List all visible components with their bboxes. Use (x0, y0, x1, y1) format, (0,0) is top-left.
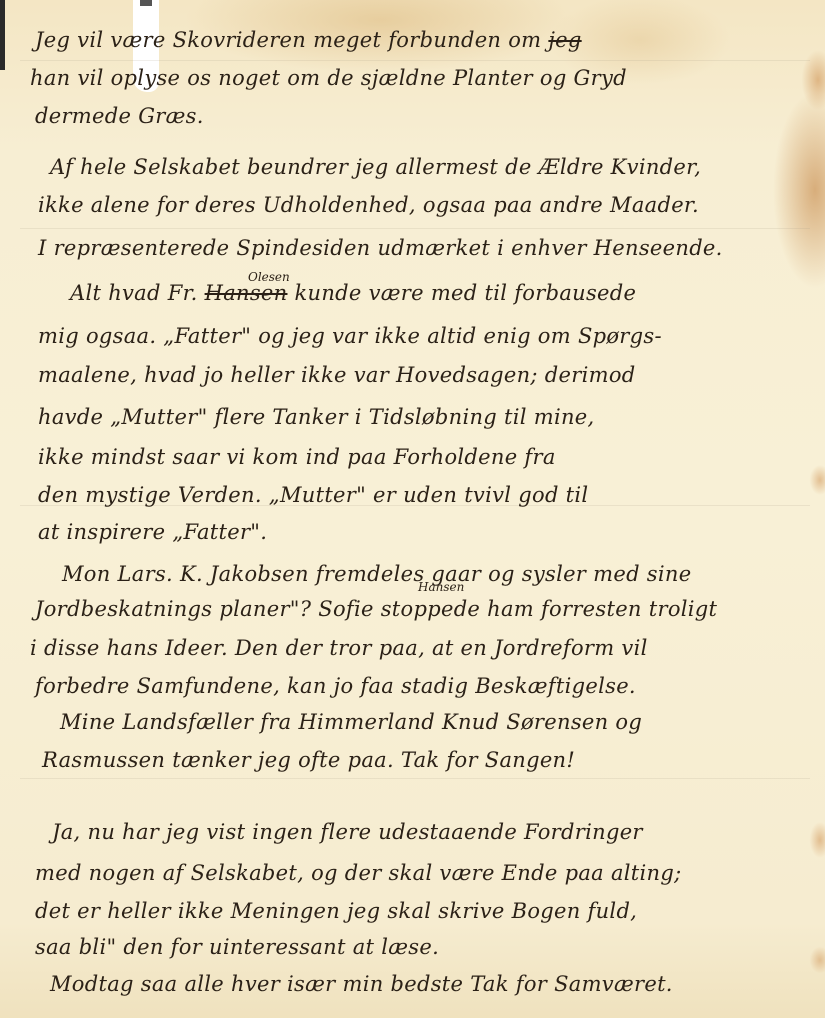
text-line-content: kunde være med til forbausede (294, 281, 636, 305)
text-line: Alt hvad Fr. Hansen kunde være med til f… (70, 281, 636, 305)
text-line: forbedre Samfundene, kan jo faa stadig B… (35, 674, 636, 698)
text-line: Af hele Selskabet beundrer jeg allermest… (50, 155, 701, 179)
text-line: ikke alene for deres Udholdenhed, ogsaa … (38, 193, 699, 217)
text-line: Mon Lars. K. Jakobsen fremdeles gaar og … (62, 562, 691, 586)
ruled-line (20, 60, 810, 61)
struck-word: jeg (548, 28, 581, 52)
text-line: i disse hans Ideer. Den der tror paa, at… (30, 636, 648, 660)
text-line: med nogen af Selskabet, og der skal være… (35, 861, 681, 885)
text-line: den mystige Verden. „Mutter" er uden tvi… (38, 483, 588, 507)
text-line: dermede Græs. (35, 104, 204, 128)
text-line: det er heller ikke Meningen jeg skal skr… (35, 899, 637, 923)
text-line: Jeg vil være Skovrideren meget forbunden… (35, 28, 582, 52)
text-line: I repræsenterede Spindesiden udmærket i … (38, 236, 723, 260)
text-line: at inspirere „Fatter". (38, 520, 267, 544)
text-line: Ja, nu har jeg vist ingen flere udestaae… (52, 820, 643, 844)
text-line: mig ogsaa. „Fatter" og jeg var ikke alti… (38, 324, 662, 348)
ruled-line (20, 228, 810, 229)
scan-edge-mark (140, 0, 152, 6)
scan-bottom-edge (0, 1018, 825, 1024)
text-line: Rasmussen tænker jeg ofte paa. Tak for S… (42, 748, 575, 772)
text-line-content: Jeg vil være Skovrideren meget forbunden… (35, 28, 541, 52)
inserted-word: Hansen (418, 580, 464, 594)
scan-edge-shadow (0, 0, 5, 70)
text-line: saa bli" den for uinteressant at læse. (35, 935, 439, 959)
text-line-content: Alt hvad Fr. (70, 281, 198, 305)
letter-page: Jeg vil være Skovrideren meget forbunden… (0, 0, 825, 1024)
text-line: ikke mindst saar vi kom ind paa Forholde… (38, 445, 556, 469)
text-line: Mine Landsfæller fra Himmerland Knud Sør… (60, 710, 642, 734)
closing-line: Modtag saa alle hver især min bedste Tak… (50, 972, 673, 996)
text-line: han vil oplyse os noget om de sjældne Pl… (30, 66, 627, 90)
struck-word: Hansen (205, 281, 288, 305)
text-line: havde „Mutter" flere Tanker i Tidsløbnin… (38, 405, 595, 429)
text-line: Jordbeskatnings planer"? Sofie stoppede … (35, 597, 717, 621)
text-line: maalene, hvad jo heller ikke var Hovedsa… (38, 363, 636, 387)
ruled-line (20, 778, 810, 779)
